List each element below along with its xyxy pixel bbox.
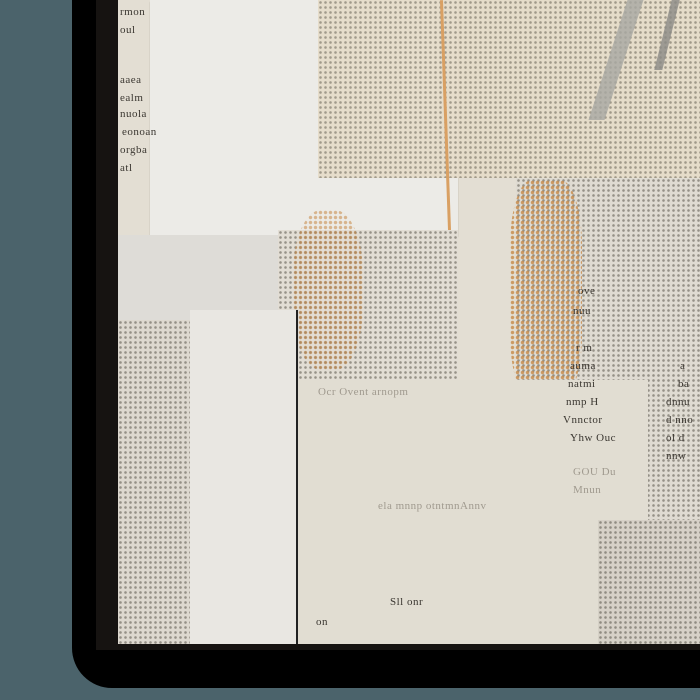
ochre-stain-middle xyxy=(293,210,363,370)
cream-paper-top-right xyxy=(318,0,700,178)
dotted-paper-lower-left xyxy=(118,320,200,644)
dotted-paper-lower-right xyxy=(598,520,700,644)
white-paper-strip xyxy=(190,310,298,644)
collage-canvas: rmon oul aaea ealm nuola eonoan orgba at… xyxy=(118,0,700,644)
